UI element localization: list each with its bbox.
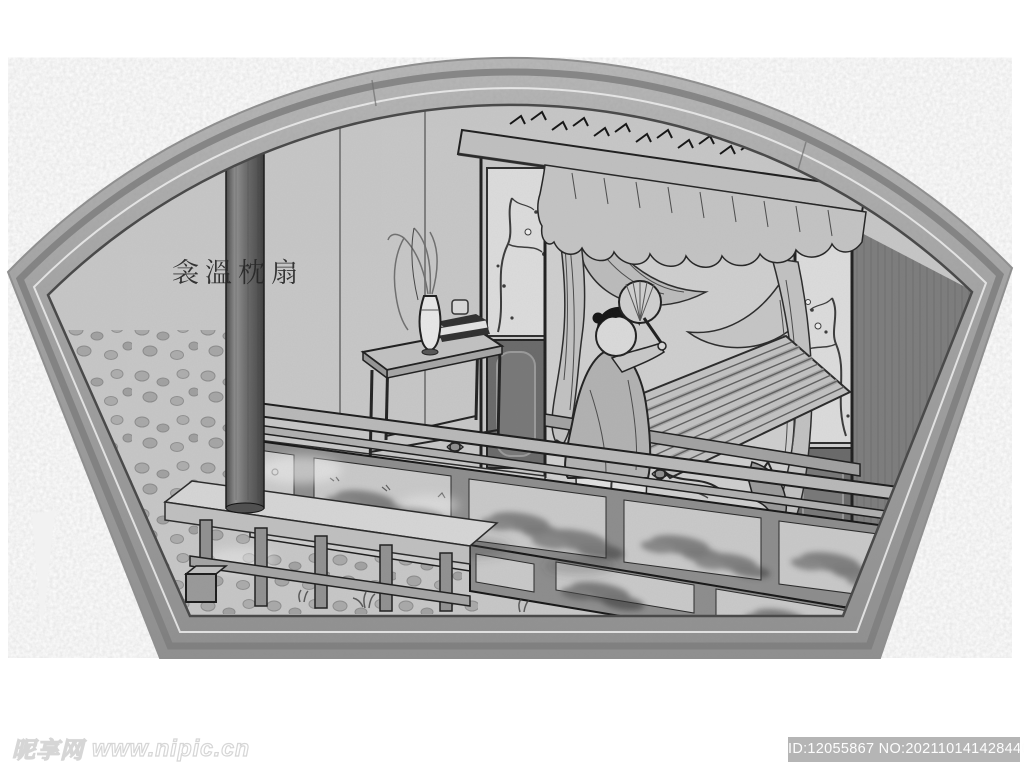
- image-id-badge: ID:12055867 NO:20211014142844049108: [788, 737, 1020, 762]
- stock-photo-page: 衾溫枕扇 昵享网 www.nipic.cn ID:12055867 NO:202…: [0, 0, 1024, 768]
- site-watermark-url: www.nipic.cn: [92, 735, 250, 762]
- site-watermark-name: 昵享网: [12, 732, 84, 765]
- fan-brick-carving-artwork: 衾溫枕扇: [0, 0, 1024, 768]
- image-id-text: ID:12055867 NO:20211014142844049108: [788, 741, 1024, 757]
- site-watermark: 昵享网 www.nipic.cn: [12, 731, 250, 765]
- faint-watermark-shape: [32, 510, 55, 630]
